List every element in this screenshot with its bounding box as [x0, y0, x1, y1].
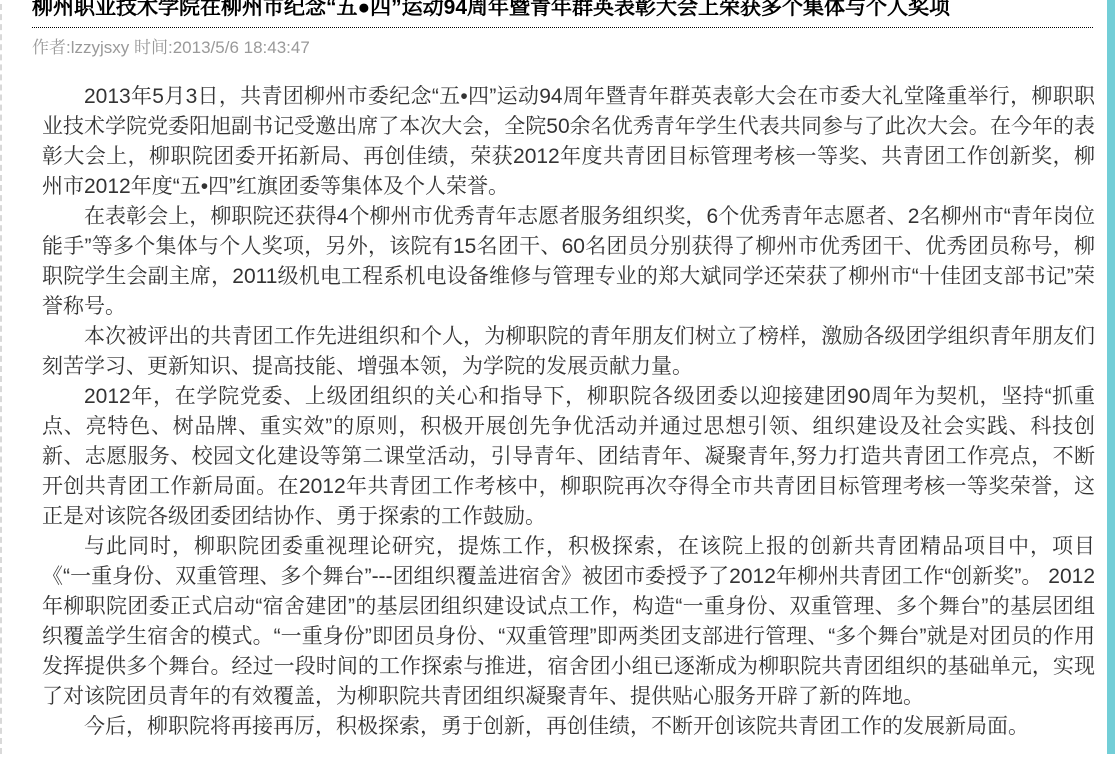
article-paragraph-5: 与此同时，柳职院团委重视理论研究，提炼工作，积极探索，在该院上报的创新共青团精品…	[42, 532, 1095, 712]
article-page: 柳州职业技术学院在柳州市纪念“五●四”运动94周年暨青年群英表彰大会上荣获多个集…	[0, 0, 1115, 754]
article-body: 2013年5月3日，共青团柳州市委纪念“五•四”运动94周年暨青年群英表彰大会在…	[2, 82, 1115, 742]
article-header: 柳州职业技术学院在柳州市纪念“五●四”运动94周年暨青年群英表彰大会上荣获多个集…	[2, 0, 1115, 59]
right-accent-bar	[1107, 0, 1115, 754]
article-paragraph-3: 本次被评出的共青团工作先进组织和个人，为柳职院的青年朋友们树立了榜样，激励各级团…	[42, 322, 1095, 382]
article-paragraph-4: 2012年，在学院党委、上级团组织的关心和指导下，柳职院各级团委以迎接建团90周…	[42, 382, 1095, 532]
article-paragraph-6: 今后，柳职院将再接再厉，积极探索，勇于创新，再创佳绩，不断开创该院共青团工作的发…	[42, 712, 1095, 742]
author-time-meta: 作者:lzzyjsxy 时间:2013/5/6 18:43:47	[32, 37, 1093, 59]
article-paragraph-1: 2013年5月3日，共青团柳州市委纪念“五•四”运动94周年暨青年群英表彰大会在…	[42, 82, 1095, 202]
article-paragraph-2: 在表彰会上，柳职院还获得4个柳州市优秀青年志愿者服务组织奖，6个优秀青年志愿者、…	[42, 202, 1095, 322]
page-title: 柳州职业技术学院在柳州市纪念“五●四”运动94周年暨青年群英表彰大会上荣获多个集…	[32, 0, 1093, 28]
